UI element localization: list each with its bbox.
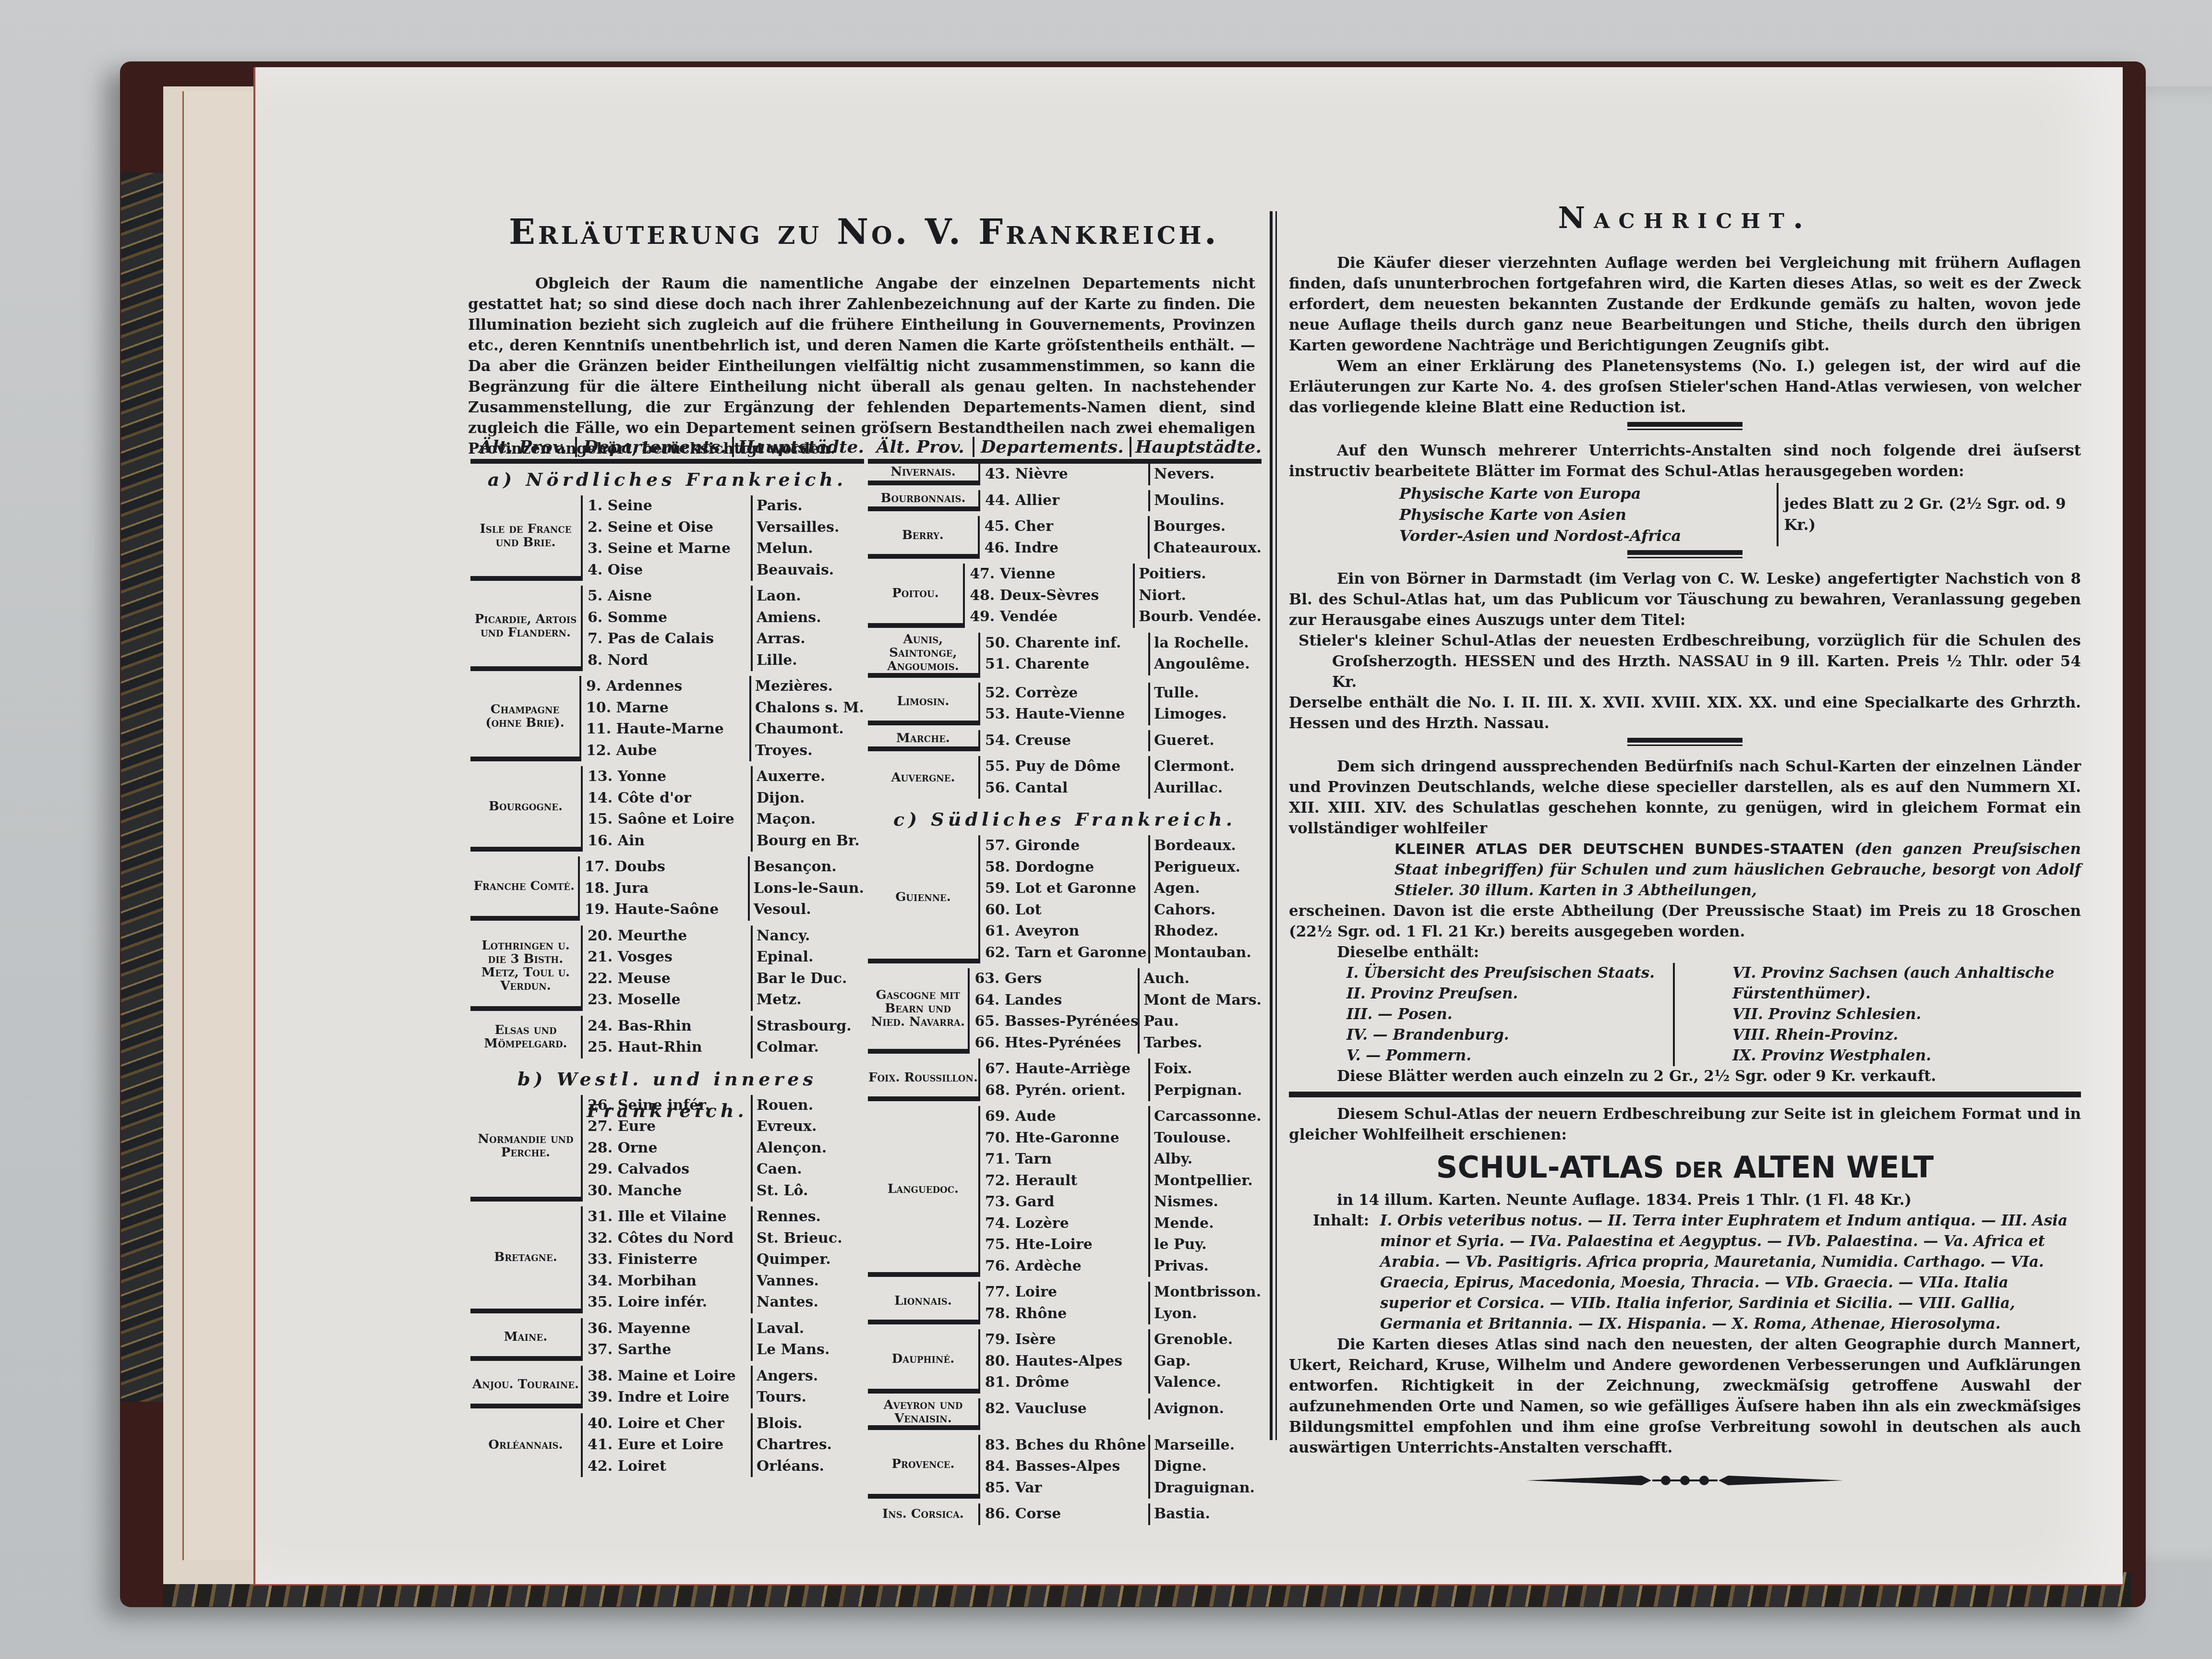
table-row: 42. LoiretOrléans. xyxy=(583,1456,864,1478)
capital-cell: Pau. xyxy=(1140,1011,1262,1033)
department-cell: 43. Nièvre xyxy=(980,464,1150,485)
capital-cell: Chateauroux. xyxy=(1150,538,1262,559)
province-name: Berry. xyxy=(868,516,978,559)
map-item: Physische Karte von Asien xyxy=(1399,504,1757,525)
intro-text: Obgleich der Raum die namentliche Angabe… xyxy=(468,274,1255,459)
alte-welt-title-part1: SCHUL-ATLAS xyxy=(1436,1150,1664,1185)
capital-cell: Foix. xyxy=(1150,1058,1262,1080)
table-row: 4. OiseBeauvais. xyxy=(583,560,864,581)
department-cell: 58. Dordogne xyxy=(980,857,1150,878)
table-row: 20. MeurtheNancy. xyxy=(583,926,864,947)
table-row: 62. Tarn et GaronneMontauban. xyxy=(980,942,1262,964)
table-row: 32. Côtes du NordSt. Brieuc. xyxy=(583,1228,864,1250)
sheet-item: IV. — Brandenburg. xyxy=(1346,1025,1673,1046)
capital-cell: Moulins. xyxy=(1150,490,1262,512)
department-cell: 31. Ille et Vilaine xyxy=(583,1206,753,1228)
department-rows: 47. ViennePoitiers.48. Deux-SèvresNiort.… xyxy=(963,564,1262,628)
province-group: Nivernais.43. NièvreNevers. xyxy=(868,464,1262,490)
department-cell: 55. Puy de Dôme xyxy=(980,756,1150,778)
table-row: 35. Loire infér.Nantes. xyxy=(583,1292,864,1313)
capital-cell: Privas. xyxy=(1150,1256,1262,1277)
capital-cell: Poitiers. xyxy=(1135,564,1262,585)
capital-cell: Bourg en Br. xyxy=(753,830,864,852)
department-cell: 12. Aube xyxy=(581,740,751,762)
capital-cell: Nevers. xyxy=(1150,464,1262,485)
department-cell: 3. Seine et Marne xyxy=(583,538,753,560)
province-name: Picardie, Artois und Flandern. xyxy=(470,586,581,671)
department-cell: 37. Sarthe xyxy=(583,1339,753,1361)
capital-cell: Versailles. xyxy=(753,517,864,539)
table-row: 1. SeineParis. xyxy=(583,495,864,517)
capital-cell: Bar le Duc. xyxy=(753,968,864,990)
table-row: 81. DrômeValence. xyxy=(980,1372,1262,1394)
capital-cell: Laon. xyxy=(753,586,864,607)
paragraph-4: Ein von Börner in Darmstadt (im Verlag v… xyxy=(1289,569,2081,631)
table-header: Ält. Prov. Departements. Hauptstädte. xyxy=(470,432,864,464)
header-province: Ält. Prov. xyxy=(470,437,577,457)
province-group: Bourbonnais.44. AllierMoulins. xyxy=(868,490,1262,517)
capital-cell: Limoges. xyxy=(1150,704,1262,725)
capital-cell: Beauvais. xyxy=(753,560,864,581)
table-row: 38. Maine et LoireAngers. xyxy=(583,1366,864,1387)
capital-cell: Avignon. xyxy=(1150,1398,1262,1420)
department-cell: 6. Somme xyxy=(583,607,753,629)
capital-cell: Bourb. Vendée. xyxy=(1135,606,1262,628)
department-cell: 76. Ardèche xyxy=(980,1256,1150,1277)
department-cell: 14. Côte d'or xyxy=(583,788,753,809)
table-row: 77. LoireMontbrisson. xyxy=(980,1282,1262,1303)
department-cell: 42. Loiret xyxy=(583,1456,753,1478)
department-cell: 67. Haute-Arriège xyxy=(980,1058,1150,1080)
table-row: 76. ArdèchePrivas. xyxy=(980,1256,1262,1277)
department-cell: 11. Haute-Marne xyxy=(581,719,751,740)
table-row: 80. Hautes-AlpesGap. xyxy=(980,1351,1262,1372)
capital-cell: Bordeaux. xyxy=(1150,835,1262,857)
department-cell: 78. Rhône xyxy=(980,1303,1150,1325)
capital-cell: Troyes. xyxy=(751,740,864,762)
table-row: 48. Deux-SèvresNiort. xyxy=(965,585,1262,607)
department-rows: 82. VaucluseAvignon. xyxy=(978,1398,1262,1430)
province-name: Provence. xyxy=(868,1435,978,1499)
department-rows: 20. MeurtheNancy.21. VosgesEpinal.22. Me… xyxy=(581,926,864,1011)
capital-cell: Auxerre. xyxy=(753,766,864,788)
map-item: Physische Karte von Europa xyxy=(1399,483,1757,504)
table-row: 71. TarnAlby. xyxy=(980,1149,1262,1170)
department-cell: 63. Gers xyxy=(970,968,1140,990)
province-name: Auvergne. xyxy=(868,756,978,799)
paragraph-1: Die Käufer dieser vierzehnten Auflage we… xyxy=(1289,253,2081,356)
table-row: 10. MarneChalons s. M. xyxy=(581,697,864,719)
department-cell: 33. Finisterre xyxy=(583,1249,753,1271)
capital-cell: Agen. xyxy=(1150,878,1262,900)
department-cell: 13. Yonne xyxy=(583,766,753,788)
capital-cell: Nantes. xyxy=(753,1292,864,1313)
department-cell: 30. Manche xyxy=(583,1180,753,1202)
section-heading: a) Nördliches Frankreich. xyxy=(470,464,864,495)
table-header: Ält. Prov. Departements. Hauptstädte. xyxy=(868,432,1262,464)
table-row: 34. MorbihanVannes. xyxy=(583,1271,864,1292)
department-rows: 63. GersAuch.64. LandesMont de Mars.65. … xyxy=(968,968,1262,1054)
table-row: 15. Saône et LoireMaçon. xyxy=(583,809,864,830)
capital-cell: Besançon. xyxy=(750,856,864,878)
department-cell: 44. Allier xyxy=(980,490,1150,512)
capital-cell: Blois. xyxy=(753,1413,864,1435)
capital-cell: Colmar. xyxy=(753,1037,864,1058)
capital-cell: Lons-le-Saun. xyxy=(750,878,864,900)
province-name: Normandie und Perche. xyxy=(470,1095,581,1202)
capital-cell: Chalons s. M. xyxy=(751,697,864,719)
province-group: Provence.83. Bches du RhôneMarseille.84.… xyxy=(868,1435,1262,1504)
table-row: 73. GardNismes. xyxy=(980,1191,1262,1213)
department-cell: 40. Loire et Cher xyxy=(583,1413,753,1435)
capital-cell: Le Mans. xyxy=(753,1339,864,1361)
province-name: Lionnais. xyxy=(868,1282,978,1324)
province-group: Aveyron und Venaisin.82. VaucluseAvignon… xyxy=(868,1398,1262,1435)
province-group: Elsas und Mömpelgard.24. Bas-RhinStrasbo… xyxy=(470,1016,864,1063)
capital-cell: Chaumont. xyxy=(751,719,864,740)
province-sheets-left: I. Übersicht des Preuſsischen Staats. II… xyxy=(1346,963,1675,1066)
capital-cell: le Puy. xyxy=(1150,1234,1262,1256)
page-title-right: Nachricht. xyxy=(1289,207,2081,228)
capital-cell: Digne. xyxy=(1150,1456,1262,1478)
capital-cell: Perpignan. xyxy=(1150,1080,1262,1102)
department-cell: 27. Eure xyxy=(583,1116,753,1138)
double-rule xyxy=(1627,422,1743,430)
table-row: 16. AinBourg en Br. xyxy=(583,830,864,852)
department-cell: 82. Vaucluse xyxy=(980,1398,1150,1420)
capital-cell: St. Brieuc. xyxy=(753,1228,864,1250)
table-row: 55. Puy de DômeClermont. xyxy=(980,756,1262,778)
table-row: 25. Haut-RhinColmar. xyxy=(583,1037,864,1058)
department-cell: 46. Indre xyxy=(980,538,1150,559)
department-cell: 80. Hautes-Alpes xyxy=(980,1351,1150,1372)
table-row: 2. Seine et OiseVersailles. xyxy=(583,517,864,539)
table-row: 64. LandesMont de Mars. xyxy=(970,990,1262,1011)
province-name: Poitou. xyxy=(868,564,963,628)
table-row: 82. VaucluseAvignon. xyxy=(980,1398,1262,1420)
table-row: 86. CorseBastia. xyxy=(980,1503,1262,1525)
departments-table-b: Ält. Prov. Departements. Hauptstädte. Ni… xyxy=(868,432,1262,1530)
capital-cell: Dijon. xyxy=(753,788,864,809)
table-row: 67. Haute-ArriègeFoix. xyxy=(980,1058,1262,1080)
department-cell: 72. Herault xyxy=(980,1170,1150,1192)
table-row: 74. LozèreMende. xyxy=(980,1213,1262,1235)
province-group: Champagne (ohne Brie).9. ArdennesMezière… xyxy=(470,676,864,766)
sheet-item: VI. Provinz Sachsen (auch Anhaltische Fü… xyxy=(1732,963,2081,1004)
department-cell: 53. Haute-Vienne xyxy=(980,704,1150,725)
capital-cell: Auch. xyxy=(1140,968,1262,990)
department-rows: 67. Haute-ArriègeFoix.68. Pyrén. orient.… xyxy=(978,1058,1262,1101)
department-cell: 52. Corrèze xyxy=(980,683,1150,704)
contents-label: Inhalt: xyxy=(1289,1211,1380,1334)
province-name: Aunis, Saintonge, Angoumois. xyxy=(868,633,978,678)
section-heading: b) Westl. und inneres Frankreich. xyxy=(470,1063,864,1095)
sheet-item: V. — Pommern. xyxy=(1346,1046,1673,1066)
sheet-item: II. Provinz Preuſsen. xyxy=(1346,984,1673,1004)
province-name: Orléannais. xyxy=(470,1413,581,1478)
table-row: 53. Haute-VienneLimoges. xyxy=(980,704,1262,725)
column-divider xyxy=(1270,211,1273,1440)
department-rows: 52. CorrèzeTulle.53. Haute-VienneLimoges… xyxy=(978,683,1262,725)
department-rows: 40. Loire et CherBlois.41. Eure et Loire… xyxy=(581,1413,864,1478)
department-rows: 43. NièvreNevers. xyxy=(978,464,1262,485)
department-rows: 86. CorseBastia. xyxy=(978,1503,1262,1525)
capital-cell: Gap. xyxy=(1150,1351,1262,1372)
header-province: Ält. Prov. xyxy=(868,437,974,457)
paragraph-2: Wem an einer Erklärung des Planetensyste… xyxy=(1289,356,2081,418)
department-cell: 20. Meurthe xyxy=(583,926,753,947)
table-row: 72. HeraultMontpellier. xyxy=(980,1170,1262,1192)
table-row: 27. EureEvreux. xyxy=(583,1116,864,1138)
departments-table-a: Ält. Prov. Departements. Hauptstädte. a)… xyxy=(470,432,864,1482)
capital-cell: Clermont. xyxy=(1150,756,1262,778)
table-row: 68. Pyrén. orient.Perpignan. xyxy=(980,1080,1262,1102)
ornament-divider-icon xyxy=(1527,1471,1843,1490)
department-cell: 47. Vienne xyxy=(965,564,1135,585)
province-name: Bourgogne. xyxy=(470,766,581,852)
province-name: Bretagne. xyxy=(470,1206,581,1313)
table-row: 30. MancheSt. Lô. xyxy=(583,1180,864,1202)
table-row: 8. NordLille. xyxy=(583,650,864,672)
province-name: Isle de France und Brie. xyxy=(470,495,581,581)
capital-cell: Mont de Mars. xyxy=(1140,990,1262,1011)
table-row: 28. OrneAlençon. xyxy=(583,1138,864,1159)
department-cell: 24. Bas-Rhin xyxy=(583,1016,753,1037)
table-row: 17. DoubsBesançon. xyxy=(580,856,864,878)
province-group: Languedoc.69. AudeCarcassonne.70. Hte-Ga… xyxy=(868,1106,1262,1282)
capital-cell: Melun. xyxy=(753,538,864,560)
alte-welt-title-der: DER xyxy=(1675,1158,1723,1183)
table-row: 84. Basses-AlpesDigne. xyxy=(980,1456,1262,1478)
table-row: 5. AisneLaon. xyxy=(583,586,864,607)
department-cell: 32. Côtes du Nord xyxy=(583,1228,753,1250)
province-name: Languedoc. xyxy=(868,1106,978,1277)
capital-cell: Rouen. xyxy=(753,1095,864,1117)
table-row: 31. Ille et VilaineRennes. xyxy=(583,1206,864,1228)
department-rows: 83. Bches du RhôneMarseille.84. Basses-A… xyxy=(978,1435,1262,1499)
department-cell: 69. Aude xyxy=(980,1106,1150,1128)
binding-marbled-spine xyxy=(121,173,164,1402)
province-group: Franche Comté.17. DoubsBesançon.18. Jura… xyxy=(470,856,864,926)
table-row: 61. AveyronRhodez. xyxy=(980,921,1262,942)
province-group: Isle de France und Brie.1. SeineParis.2.… xyxy=(470,495,864,586)
province-group: Maine.36. MayenneLaval.37. SartheLe Mans… xyxy=(470,1318,864,1366)
capital-cell: Evreux. xyxy=(753,1116,864,1138)
department-cell: 50. Charente inf. xyxy=(980,633,1150,654)
department-cell: 68. Pyrén. orient. xyxy=(980,1080,1150,1102)
department-rows: 9. ArdennesMezières.10. MarneChalons s. … xyxy=(579,676,864,761)
map-names: Physische Karte von Europa Physische Kar… xyxy=(1399,483,1757,546)
department-cell: 36. Mayenne xyxy=(583,1318,753,1340)
department-cell: 79. Isère xyxy=(980,1329,1150,1351)
province-sheets-right: VI. Provinz Sachsen (auch Anhaltische Fü… xyxy=(1675,963,2081,1066)
department-cell: 83. Bches du Rhône xyxy=(980,1435,1150,1456)
department-rows: 1. SeineParis.2. Seine et OiseVersailles… xyxy=(581,495,864,581)
department-cell: 77. Loire xyxy=(980,1282,1150,1303)
department-cell: 25. Haut-Rhin xyxy=(583,1037,753,1058)
table-row: 19. Haute-SaôneVesoul. xyxy=(580,899,864,921)
province-group: Picardie, Artois und Flandern.5. AisneLa… xyxy=(470,586,864,676)
department-cell: 28. Orne xyxy=(583,1138,753,1159)
department-cell: 18. Jura xyxy=(580,878,750,900)
capital-cell: Gueret. xyxy=(1150,730,1262,752)
capital-cell: Aurillac. xyxy=(1150,778,1262,799)
department-cell: 85. Var xyxy=(980,1478,1150,1499)
table-row: 14. Côte d'orDijon. xyxy=(583,788,864,809)
sheet-item: VII. Provinz Schlesien. xyxy=(1732,1004,2081,1025)
province-group: Limosin.52. CorrèzeTulle.53. Haute-Vienn… xyxy=(868,683,1262,730)
province-group: Gascogne mit Bearn und Nied. Navarra.63.… xyxy=(868,968,1262,1058)
flyleaf-inner xyxy=(182,91,261,1560)
province-name: Anjou. Touraine. xyxy=(470,1366,581,1408)
table-row: 24. Bas-RhinStrasbourg. xyxy=(583,1016,864,1037)
department-cell: 39. Indre et Loire xyxy=(583,1387,753,1408)
province-name: Nivernais. xyxy=(868,464,978,485)
province-group: Auvergne.55. Puy de DômeClermont.56. Can… xyxy=(868,756,1262,804)
department-cell: 10. Marne xyxy=(581,697,751,719)
capital-cell: Orléans. xyxy=(753,1456,864,1478)
table-row: 7. Pas de CalaisArras. xyxy=(583,628,864,650)
capital-cell: Epinal. xyxy=(753,947,864,968)
table-row: 22. MeuseBar le Duc. xyxy=(583,968,864,990)
province-group: Lothringen u. die 3 Bisth. Metz, Toul u.… xyxy=(470,926,864,1016)
department-cell: 1. Seine xyxy=(583,495,753,517)
table-row: 65. Basses-PyrénéesPau. xyxy=(970,1011,1262,1033)
capital-cell: Angers. xyxy=(753,1366,864,1387)
province-group: Orléannais.40. Loire et CherBlois.41. Eu… xyxy=(470,1413,864,1482)
capital-cell: Metz. xyxy=(753,989,864,1011)
capital-cell: Perigueux. xyxy=(1150,857,1262,878)
department-cell: 61. Aveyron xyxy=(980,921,1150,942)
capital-cell: St. Lô. xyxy=(753,1180,864,1202)
paragraph-7: Dem sich dringend aussprechenden Bedürfn… xyxy=(1289,757,2081,839)
table-row: 56. CantalAurillac. xyxy=(980,778,1262,799)
alte-welt-contents: Inhalt: I. Orbis veteribus notus. — II. … xyxy=(1289,1211,2081,1334)
capital-cell: Alby. xyxy=(1150,1149,1262,1170)
capital-cell: Lyon. xyxy=(1150,1303,1262,1325)
table-row: 26. Seine infér.Rouen. xyxy=(583,1095,864,1117)
department-cell: 15. Saône et Loire xyxy=(583,809,753,830)
capital-cell: Nancy. xyxy=(753,926,864,947)
province-group: Foix. Roussillon.67. Haute-ArriègeFoix.6… xyxy=(868,1058,1262,1106)
department-cell: 62. Tarn et Garonne xyxy=(980,942,1150,964)
department-cell: 7. Pas de Calais xyxy=(583,628,753,650)
province-group: Poitou.47. ViennePoitiers.48. Deux-Sèvre… xyxy=(868,564,1262,633)
paragraph-13: Die Karten dieses Atlas sind nach den ne… xyxy=(1289,1334,2081,1458)
header-department: Departements. xyxy=(974,437,1131,457)
department-rows: 79. IsèreGrenoble.80. Hautes-AlpesGap.81… xyxy=(978,1329,1262,1394)
province-name: Gascogne mit Bearn und Nied. Navarra. xyxy=(868,968,968,1054)
table-row: 83. Bches du RhôneMarseille. xyxy=(980,1435,1262,1456)
department-cell: 8. Nord xyxy=(583,650,753,672)
province-name: Limosin. xyxy=(868,683,978,725)
capital-cell: Carcassonne. xyxy=(1150,1106,1262,1128)
department-cell: 29. Calvados xyxy=(583,1159,753,1180)
sheet-item: I. Übersicht des Preuſsischen Staats. xyxy=(1346,963,1673,984)
table-row: 59. Lot et GaronneAgen. xyxy=(980,878,1262,900)
capital-cell: Alençon. xyxy=(753,1138,864,1159)
capital-cell: Tulle. xyxy=(1150,683,1262,704)
capital-cell: Bourges. xyxy=(1150,516,1262,538)
province-group: Guienne.57. GirondeBordeaux.58. Dordogne… xyxy=(868,835,1262,968)
capital-cell: Strasbourg. xyxy=(753,1016,864,1037)
department-cell: 65. Basses-Pyrénées xyxy=(970,1011,1140,1033)
department-cell: 23. Moselle xyxy=(583,989,753,1011)
sheet-item: VIII. Rhein-Provinz. xyxy=(1732,1025,2081,1046)
department-rows: 36. MayenneLaval.37. SartheLe Mans. xyxy=(581,1318,864,1361)
table-a-body: a) Nördliches Frankreich.Isle de France … xyxy=(470,464,864,1482)
department-rows: 26. Seine infér.Rouen.27. EureEvreux.28.… xyxy=(581,1095,864,1202)
department-rows: 77. LoireMontbrisson.78. RhôneLyon. xyxy=(978,1282,1262,1324)
department-cell: 60. Lot xyxy=(980,900,1150,921)
department-cell: 45. Cher xyxy=(980,516,1150,538)
alte-welt-title-part2: ALTEN WELT xyxy=(1733,1150,1934,1185)
table-row: 50. Charente inf.la Rochelle. xyxy=(980,633,1262,654)
department-rows: 13. YonneAuxerre.14. Côte d'orDijon.15. … xyxy=(581,766,864,852)
table-row: 66. Htes-PyrénéesTarbes. xyxy=(970,1033,1262,1054)
capital-cell: Nismes. xyxy=(1150,1191,1262,1213)
contents-body: I. Orbis veteribus notus. — II. Terra in… xyxy=(1380,1211,2081,1334)
table-row: 21. VosgesEpinal. xyxy=(583,947,864,968)
table-row: 69. AudeCarcassonne. xyxy=(980,1106,1262,1128)
table-row: 60. LotCahors. xyxy=(980,900,1262,921)
table-row: 78. RhôneLyon. xyxy=(980,1303,1262,1325)
map-item: Vorder-Asien und Nordost-Africa xyxy=(1399,525,1757,546)
table-row: 33. FinisterreQuimper. xyxy=(583,1249,864,1271)
table-row: 63. GersAuch. xyxy=(970,968,1262,990)
table-row: 57. GirondeBordeaux. xyxy=(980,835,1262,857)
table-b-body: Nivernais.43. NièvreNevers.Bourbonnais.4… xyxy=(868,464,1262,1530)
department-cell: 16. Ain xyxy=(583,830,753,852)
province-name: Elsas und Mömpelgard. xyxy=(470,1016,581,1058)
header-capital: Hauptstädte. xyxy=(734,437,864,457)
department-cell: 34. Morbihan xyxy=(583,1271,753,1292)
province-group: Normandie und Perche.26. Seine infér.Rou… xyxy=(470,1095,864,1207)
province-name: Bourbonnais. xyxy=(868,490,978,512)
department-cell: 56. Cantal xyxy=(980,778,1150,799)
section-heading: c) Südliches Frankreich. xyxy=(868,804,1262,835)
alte-welt-title: SCHUL-ATLAS DER ALTEN WELT xyxy=(1289,1148,2081,1190)
nachricht-column: Nachricht. Die Käufer dieser vierzehnten… xyxy=(1289,202,2081,1490)
table-row: 52. CorrèzeTulle. xyxy=(980,683,1262,704)
department-cell: 74. Lozère xyxy=(980,1213,1150,1235)
department-rows: 38. Maine et LoireAngers.39. Indre et Lo… xyxy=(581,1366,864,1408)
province-group: Berry.45. CherBourges.46. IndreChateauro… xyxy=(868,516,1262,564)
department-cell: 49. Vendée xyxy=(965,606,1135,628)
table-row: 23. MoselleMetz. xyxy=(583,989,864,1011)
department-rows: 24. Bas-RhinStrasbourg.25. Haut-RhinColm… xyxy=(581,1016,864,1058)
table-row: 43. NièvreNevers. xyxy=(980,464,1262,485)
capital-cell: Caen. xyxy=(753,1159,864,1180)
department-cell: 75. Hte-Loire xyxy=(980,1234,1150,1256)
capital-cell: Arras. xyxy=(753,628,864,650)
province-name: Marche. xyxy=(868,730,978,752)
capital-cell: Bastia. xyxy=(1150,1503,1262,1525)
department-cell: 17. Doubs xyxy=(580,856,750,878)
province-name: Guienne. xyxy=(868,835,978,963)
table-row: 44. AllierMoulins. xyxy=(980,490,1262,512)
province-name: Lothringen u. die 3 Bisth. Metz, Toul u.… xyxy=(470,926,581,1011)
province-group: Lionnais.77. LoireMontbrisson.78. RhôneL… xyxy=(868,1282,1262,1329)
department-cell: 4. Oise xyxy=(583,560,753,581)
sheet-item: IX. Provinz Westphalen. xyxy=(1732,1046,2081,1066)
department-cell: 26. Seine infér. xyxy=(583,1095,753,1117)
intro-paragraph: Obgleich der Raum die namentliche Angabe… xyxy=(468,274,1255,459)
department-rows: 44. AllierMoulins. xyxy=(978,490,1262,512)
department-rows: 57. GirondeBordeaux.58. DordognePerigueu… xyxy=(978,835,1262,963)
table-row: 36. MayenneLaval. xyxy=(583,1318,864,1340)
capital-cell: Marseille. xyxy=(1150,1435,1262,1456)
